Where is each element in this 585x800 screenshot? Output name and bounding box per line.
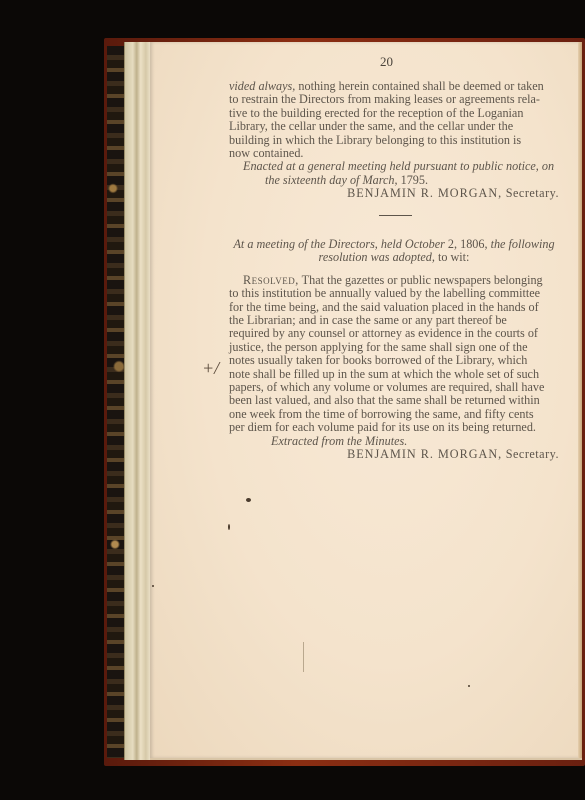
line-text: That the gazettes or public newspapers b… bbox=[299, 273, 543, 287]
intro-italic: resolution was adopted, bbox=[319, 250, 435, 264]
meeting-intro-line-1: At a meeting of the Directors, held Octo… bbox=[229, 238, 559, 251]
section-1: vided always, nothing herein contained s… bbox=[229, 80, 559, 201]
intro-date: 2, 1806, bbox=[445, 237, 491, 251]
body-line: been last valued, and also that the same… bbox=[229, 394, 559, 407]
resolved-line: Resolved, That the gazettes or public ne… bbox=[229, 274, 559, 287]
page-leaves bbox=[124, 42, 151, 760]
section-divider bbox=[379, 215, 412, 216]
enacted-year: 1795. bbox=[398, 173, 428, 187]
enacted-line-2: the sixteenth day of March, 1795. bbox=[229, 174, 559, 187]
body-line: Library, the cellar under the same, and … bbox=[229, 120, 559, 133]
ink-speck bbox=[246, 498, 251, 502]
signature: BENJAMIN R. MORGAN, Secretary. bbox=[229, 187, 559, 200]
intro-italic: At a meeting of the Directors, held Octo… bbox=[233, 237, 444, 251]
italic-lead: vided always, bbox=[229, 79, 295, 93]
handwritten-margin-mark: +/ bbox=[202, 358, 219, 379]
signature-title: Secretary. bbox=[502, 447, 559, 461]
body-line: justice, the person applying for the sam… bbox=[229, 341, 559, 354]
intro-plain: to wit: bbox=[435, 250, 470, 264]
body-line: to this institution be annually valued b… bbox=[229, 287, 559, 300]
body-line: vided always, nothing herein contained s… bbox=[229, 80, 559, 93]
body-line: to restrain the Directors from making le… bbox=[229, 93, 559, 106]
page-edge bbox=[578, 42, 582, 758]
ink-speck bbox=[152, 585, 154, 587]
signature: BENJAMIN R. MORGAN, Secretary. bbox=[229, 448, 559, 461]
body-line: one week from the time of borrowing the … bbox=[229, 408, 559, 421]
section-2: At a meeting of the Directors, held Octo… bbox=[229, 238, 559, 462]
extracted-line: Extracted from the Minutes. bbox=[229, 435, 559, 448]
page-number: 20 bbox=[380, 54, 393, 70]
body-line: note shall be filled up in the sum at wh… bbox=[229, 368, 559, 381]
body-line: per diem for each volume paid for its us… bbox=[229, 421, 559, 434]
body-line: notes usually taken for books borrowed o… bbox=[229, 354, 559, 367]
body-line: tive to the building erected for the rec… bbox=[229, 107, 559, 120]
body-line: now contained. bbox=[229, 147, 559, 160]
signature-title: Secretary. bbox=[502, 186, 559, 200]
enacted-date: the sixteenth day of March, bbox=[265, 173, 398, 187]
body-line: the Librarian; and in case the same or a… bbox=[229, 314, 559, 327]
body-line: building in which the Library belonging … bbox=[229, 134, 559, 147]
body-line: for the time being, and the said valuati… bbox=[229, 301, 559, 314]
body-line: required by any counsel or attorney as e… bbox=[229, 327, 559, 340]
signature-name: BENJAMIN R. MORGAN, bbox=[347, 447, 502, 461]
book-page: 20 vided always, nothing herein containe… bbox=[150, 42, 582, 760]
enacted-line: Enacted at a general meeting held pursua… bbox=[229, 160, 559, 173]
line-text: nothing herein contained shall be deemed… bbox=[295, 79, 543, 93]
signature-name: BENJAMIN R. MORGAN, bbox=[347, 186, 502, 200]
intro-italic: the following bbox=[491, 237, 555, 251]
body-line: papers, of which any volume or volumes a… bbox=[229, 381, 559, 394]
ink-speck bbox=[228, 524, 230, 530]
resolved-word: Resolved, bbox=[243, 273, 299, 287]
meeting-intro-line-2: resolution was adopted, to wit: bbox=[229, 251, 559, 264]
ink-speck bbox=[468, 685, 470, 687]
page-crease bbox=[303, 642, 304, 672]
